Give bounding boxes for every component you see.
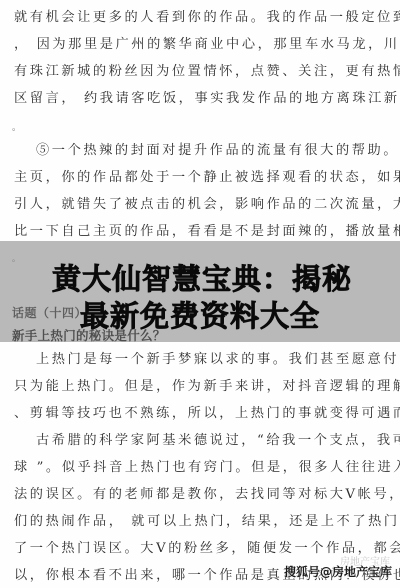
text-line: 们的热闹作品， 就可以上热门，结果，还是上不了热门。其实，这是进 bbox=[14, 514, 400, 530]
text-line: 球 ”。似乎抖音上热门也有窍门。但是，很多人往往进入了一个热闹方 bbox=[14, 460, 400, 476]
text-line: 引人，就错失了被点击的机会，影响作品的二次流量，大家可以去分析对 bbox=[14, 197, 400, 213]
watermark: 搜狐号@房地产宝库 bbox=[284, 563, 392, 580]
text-line: 法的误区。有的老师都是教你，去找同等对标大V帐号，然后，去模仿他 bbox=[14, 487, 400, 503]
text-line: 古希腊的科学家阿基米德说过，“给我一个支点，我可以撬动地 bbox=[36, 433, 400, 449]
text-line: 区留言， 约我请客吃饭，事实我发作品的地方离珠江新城有几十公里远 bbox=[14, 91, 400, 107]
text-line: 主页，你的作品都处于一个静止被选择观看的状态，如果作品的封面不吸 bbox=[14, 170, 400, 186]
text-line: 就有机会让更多的人看到你的作品。我的作品一般定位到广州珠江新城 bbox=[14, 10, 400, 26]
period-mark: 。 bbox=[12, 120, 21, 133]
text-line: 上热门是每一个新手梦寐以求的事。我们甚至愿意付出巨大的代价， bbox=[36, 352, 400, 368]
text-line: 只为能上热门。但是，作为新手来讲，对抖音逻辑的理解不够深刻，拍摄 bbox=[14, 379, 400, 395]
topic-heading: 话题（十四） bbox=[12, 304, 87, 321]
headline-line-2: 最新免费资料大全 bbox=[80, 294, 320, 335]
title-banner: 。 话题（十四） 新手上热门的秘诀是什么？ 黄大仙智慧宝典：揭秘 最新免费资料大… bbox=[0, 241, 400, 342]
text-line: 比一下自己主页的作品，看看是不是封面辣的，播放量相对也高 bbox=[14, 224, 400, 240]
text-line: ⑤一个热辣的封面对提升作品的流量有很大的帮助。当粉丝进入你的 bbox=[36, 143, 400, 159]
period-mark: 。 bbox=[12, 253, 20, 264]
text-line: ， 因为那里是广州的繁华商业中心，那里车水马龙，川流不息，也经常 bbox=[14, 37, 400, 53]
text-line: 、剪辑等技巧也不熟练，所以，上热门的事就变得可遇而不可求。 bbox=[14, 406, 400, 422]
headline-line-1: 黄大仙智慧宝典：揭秘 bbox=[52, 257, 352, 298]
document-page: 就有机会让更多的人看到你的作品。我的作品一般定位到广州珠江新城 ， 因为那里是广… bbox=[0, 0, 400, 588]
text-line: 有珠江新城的粉丝因为位置情怀，点赞、关注，更有热情的粉丝在评论 bbox=[14, 64, 400, 80]
